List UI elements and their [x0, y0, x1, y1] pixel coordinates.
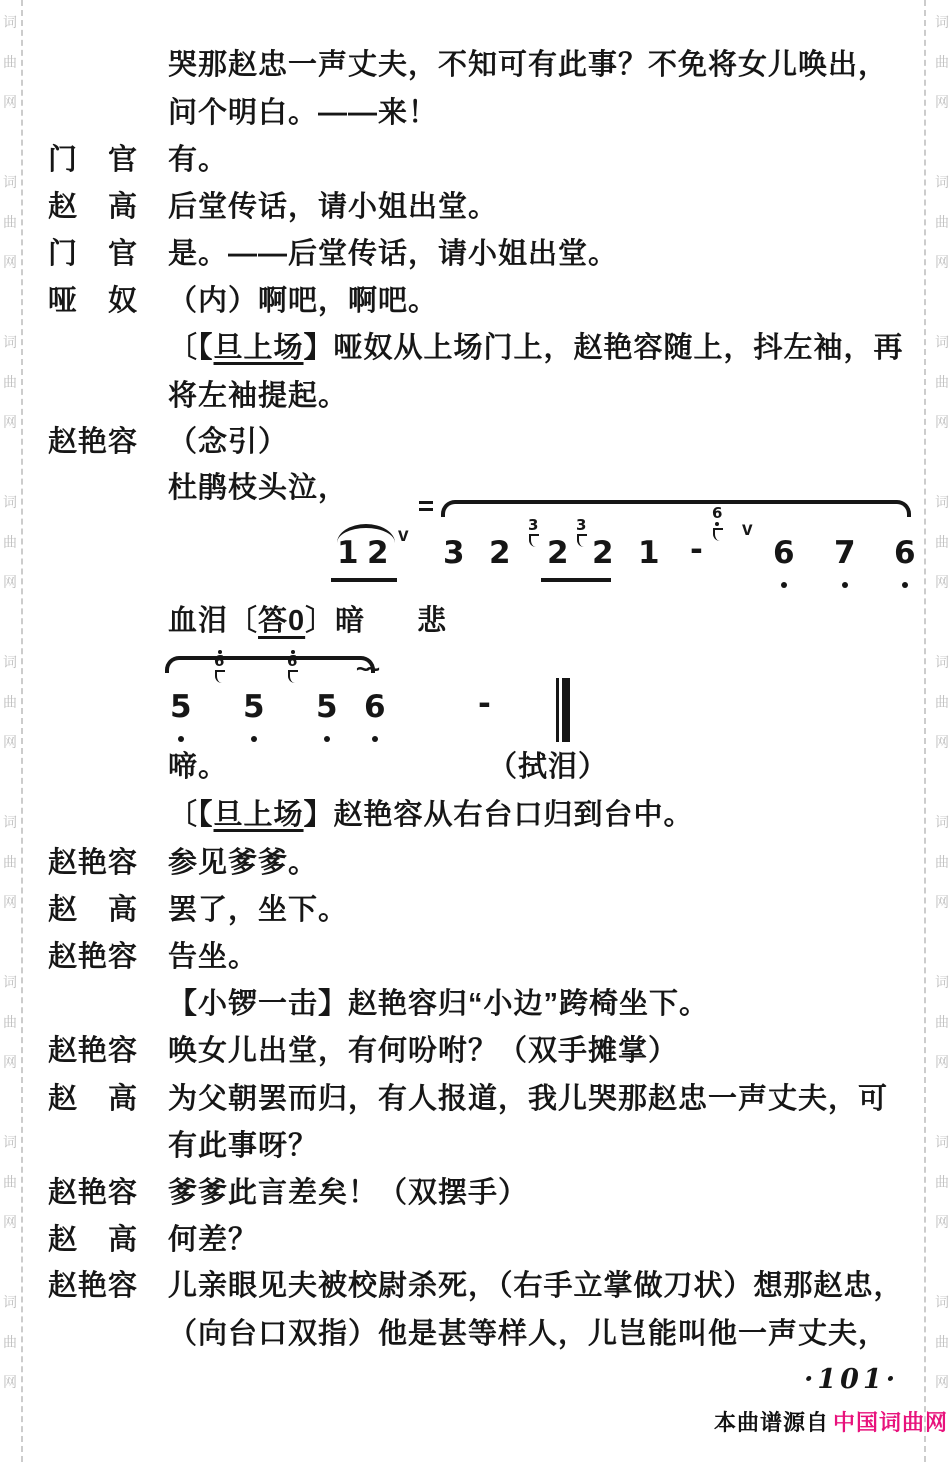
rest-dash: - — [690, 535, 703, 566]
percussion-cue: 答0 — [258, 605, 305, 637]
stage-bracket: 】 — [318, 988, 348, 1020]
lyric-text: 啼。 — [168, 744, 228, 785]
dialogue-text: （向台口双指）他是甚等样人，儿岂能叫他一声丈夫， — [168, 1318, 888, 1350]
script-row: 门 官有。 — [48, 137, 228, 178]
stage-bracket: 【 — [168, 988, 198, 1020]
note: 2 — [547, 538, 569, 569]
speaker-name: 门 官 — [48, 231, 168, 272]
dialogue-text: 参见爹爹。 — [168, 847, 318, 879]
dialogue-text: 告坐。 — [168, 941, 258, 973]
grace-hook — [529, 534, 539, 547]
dialogue-text: （念引） — [168, 426, 288, 458]
octave-dot — [251, 736, 257, 742]
grace-digit: 6 — [287, 654, 297, 669]
octave-dot — [178, 736, 184, 742]
speaker-name: 赵艳容 — [48, 1028, 168, 1069]
octave-dot — [902, 582, 908, 588]
dialogue-text: 爹爹此言差矣！（双摆手） — [168, 1177, 528, 1209]
tremolo-mark — [419, 501, 433, 504]
note: 2 — [592, 538, 614, 569]
site-name[interactable]: 中国词曲网 — [833, 1406, 948, 1437]
dialogue-text: （内）啊吧，啊吧。 — [168, 285, 438, 317]
script-row: 赵艳容唤女儿出堂，有何吩咐？（双手摊掌） — [48, 1028, 678, 1069]
dialogue-text: 问个明白。——来！ — [168, 97, 438, 129]
script-row: 赵艳容儿亲眼见夫被校尉杀死，（右手立掌做刀状）想那赵忠， — [48, 1263, 904, 1304]
note: 6 — [894, 538, 916, 569]
speaker-name: 赵艳容 — [48, 1263, 168, 1304]
stage-bracket: 】 — [304, 332, 334, 364]
dialogue-text: 为父朝罢而归，有人报道，我儿哭那赵忠一声丈夫，可 — [168, 1083, 888, 1115]
lyric-line: 血泪〔答0〕暗悲 — [168, 598, 447, 639]
stage-direction: 将左袖提起。 — [168, 373, 348, 414]
note: 6 — [773, 538, 795, 569]
source-credit: 本曲谱源自 — [714, 1406, 829, 1437]
note: 1 — [337, 538, 359, 569]
script-row: 赵艳容参见爹爹。 — [48, 840, 318, 881]
final-barline — [556, 678, 559, 742]
beam-underline — [541, 578, 611, 582]
final-barline — [562, 678, 570, 742]
grace-hook — [713, 528, 723, 541]
dialogue-text: 后堂传话，请小姐出堂。 — [168, 191, 498, 223]
lyric-text: 〕暗 — [305, 605, 365, 637]
page-number: ·101· — [804, 1364, 899, 1395]
stage-bracket: 〔【 — [168, 799, 214, 831]
dialogue-text: 何差？ — [168, 1224, 258, 1256]
script-row: 赵艳容告坐。 — [48, 934, 258, 975]
rest-dash: - — [478, 689, 491, 720]
speaker-name: 赵艳容 — [48, 419, 168, 460]
stage-direction: （拭泪） — [488, 744, 608, 785]
script-row: 问个明白。——来！ — [168, 90, 438, 131]
dialogue-text: 是。——后堂传话，请小姐出堂。 — [168, 238, 618, 270]
dialogue-text: 有。 — [168, 144, 228, 176]
dialogue-text: 哭那赵忠一声丈夫，不知可有此事？不免将女儿唤出， — [168, 49, 888, 81]
script-row: 赵艳容爹爹此言差矣！（双摆手） — [48, 1170, 528, 1211]
octave-dot — [781, 582, 787, 588]
note: 5 — [316, 692, 338, 723]
speaker-name: 赵艳容 — [48, 934, 168, 975]
speaker-name: 赵艳容 — [48, 840, 168, 881]
stage-text: 赵艳容归“小边”跨椅坐下。 — [348, 988, 709, 1020]
octave-dot — [842, 582, 848, 588]
grace-digit: 3 — [576, 518, 586, 533]
stage-tag: 旦上场 — [214, 332, 304, 364]
note: 7 — [834, 538, 856, 569]
slur — [441, 500, 911, 517]
script-row: 赵 高后堂传话，请小姐出堂。 — [48, 184, 498, 225]
stage-direction: 【小锣一击】赵艳容归“小边”跨椅坐下。 — [168, 981, 709, 1022]
stage-text: 赵艳容从右台口归到台中。 — [334, 799, 694, 831]
script-row: 赵 高为父朝罢而归，有人报道，我儿哭那赵忠一声丈夫，可 — [48, 1076, 888, 1117]
grace-digit: 6 — [214, 654, 224, 669]
dialogue-text: 有此事呀？ — [168, 1130, 318, 1162]
jianpu-line-2: 5 6 5 6 5 ~~ 6 - — [0, 652, 950, 752]
grace-hook — [215, 670, 225, 683]
grace-hook — [288, 670, 298, 683]
script-row: 有此事呀？ — [168, 1123, 318, 1164]
jianpu-line-1: 1 2 v 3 2 3 2 3 2 1 - 6 v 6 7 6 — [0, 498, 950, 598]
octave-dot — [715, 522, 719, 526]
script-row: 哭那赵忠一声丈夫，不知可有此事？不免将女儿唤出， — [168, 42, 888, 83]
stage-bracket: 〔【 — [168, 332, 214, 364]
script-row: 哑 奴（内）啊吧，啊吧。 — [48, 278, 438, 319]
note: 2 — [367, 538, 389, 569]
stage-bracket: 】 — [304, 799, 334, 831]
breath-mark: v — [742, 520, 753, 539]
grace-hook — [577, 534, 587, 547]
grace-digit: 6 — [712, 506, 722, 521]
octave-dot — [372, 736, 378, 742]
grace-digit: 3 — [528, 518, 538, 533]
script-row: 赵 高何差？ — [48, 1217, 258, 1258]
script-row: （向台口双指）他是甚等样人，儿岂能叫他一声丈夫， — [168, 1311, 888, 1352]
tremolo-mark — [419, 508, 433, 511]
script-row: 赵艳容（念引） — [48, 419, 288, 460]
stage-tag: 旦上场 — [214, 799, 304, 831]
note: 6 — [364, 692, 386, 723]
script-row: 赵 高罢了，坐下。 — [48, 887, 348, 928]
note: 2 — [489, 538, 511, 569]
lyric-text: 悲 — [417, 605, 447, 637]
note: 1 — [638, 538, 660, 569]
dialogue-text: 罢了，坐下。 — [168, 894, 348, 926]
note: 5 — [170, 692, 192, 723]
stage-text: 将左袖提起。 — [168, 380, 348, 412]
speaker-name: 门 官 — [48, 137, 168, 178]
dialogue-text: 儿亲眼见夫被校尉杀死，（右手立掌做刀状）想那赵忠， — [168, 1270, 904, 1302]
speaker-name: 赵 高 — [48, 887, 168, 928]
slur — [165, 656, 375, 673]
stage-text: 哑奴从上场门上，赵艳容随上，抖左袖，再 — [334, 332, 904, 364]
lyric-text: 血泪〔 — [168, 605, 258, 637]
dialogue-text: 唤女儿出堂，有何吩咐？（双手摊掌） — [168, 1035, 678, 1067]
note: 5 — [243, 692, 265, 723]
script-row: 门 官是。——后堂传话，请小姐出堂。 — [48, 231, 618, 272]
octave-dot — [324, 736, 330, 742]
beam-underline — [331, 578, 397, 582]
mordent-icon: ~~ — [356, 658, 376, 682]
speaker-name: 赵艳容 — [48, 1170, 168, 1211]
speaker-name: 赵 高 — [48, 1076, 168, 1117]
speaker-name: 赵 高 — [48, 1217, 168, 1258]
stage-direction: 〔【旦上场】赵艳容从右台口归到台中。 — [168, 792, 694, 833]
note: 3 — [443, 538, 465, 569]
breath-mark: v — [398, 526, 409, 545]
speaker-name: 赵 高 — [48, 184, 168, 225]
stage-tag: 小锣一击 — [198, 988, 318, 1020]
stage-direction: 〔【旦上场】哑奴从上场门上，赵艳容随上，抖左袖，再 — [168, 325, 904, 366]
speaker-name: 哑 奴 — [48, 278, 168, 319]
